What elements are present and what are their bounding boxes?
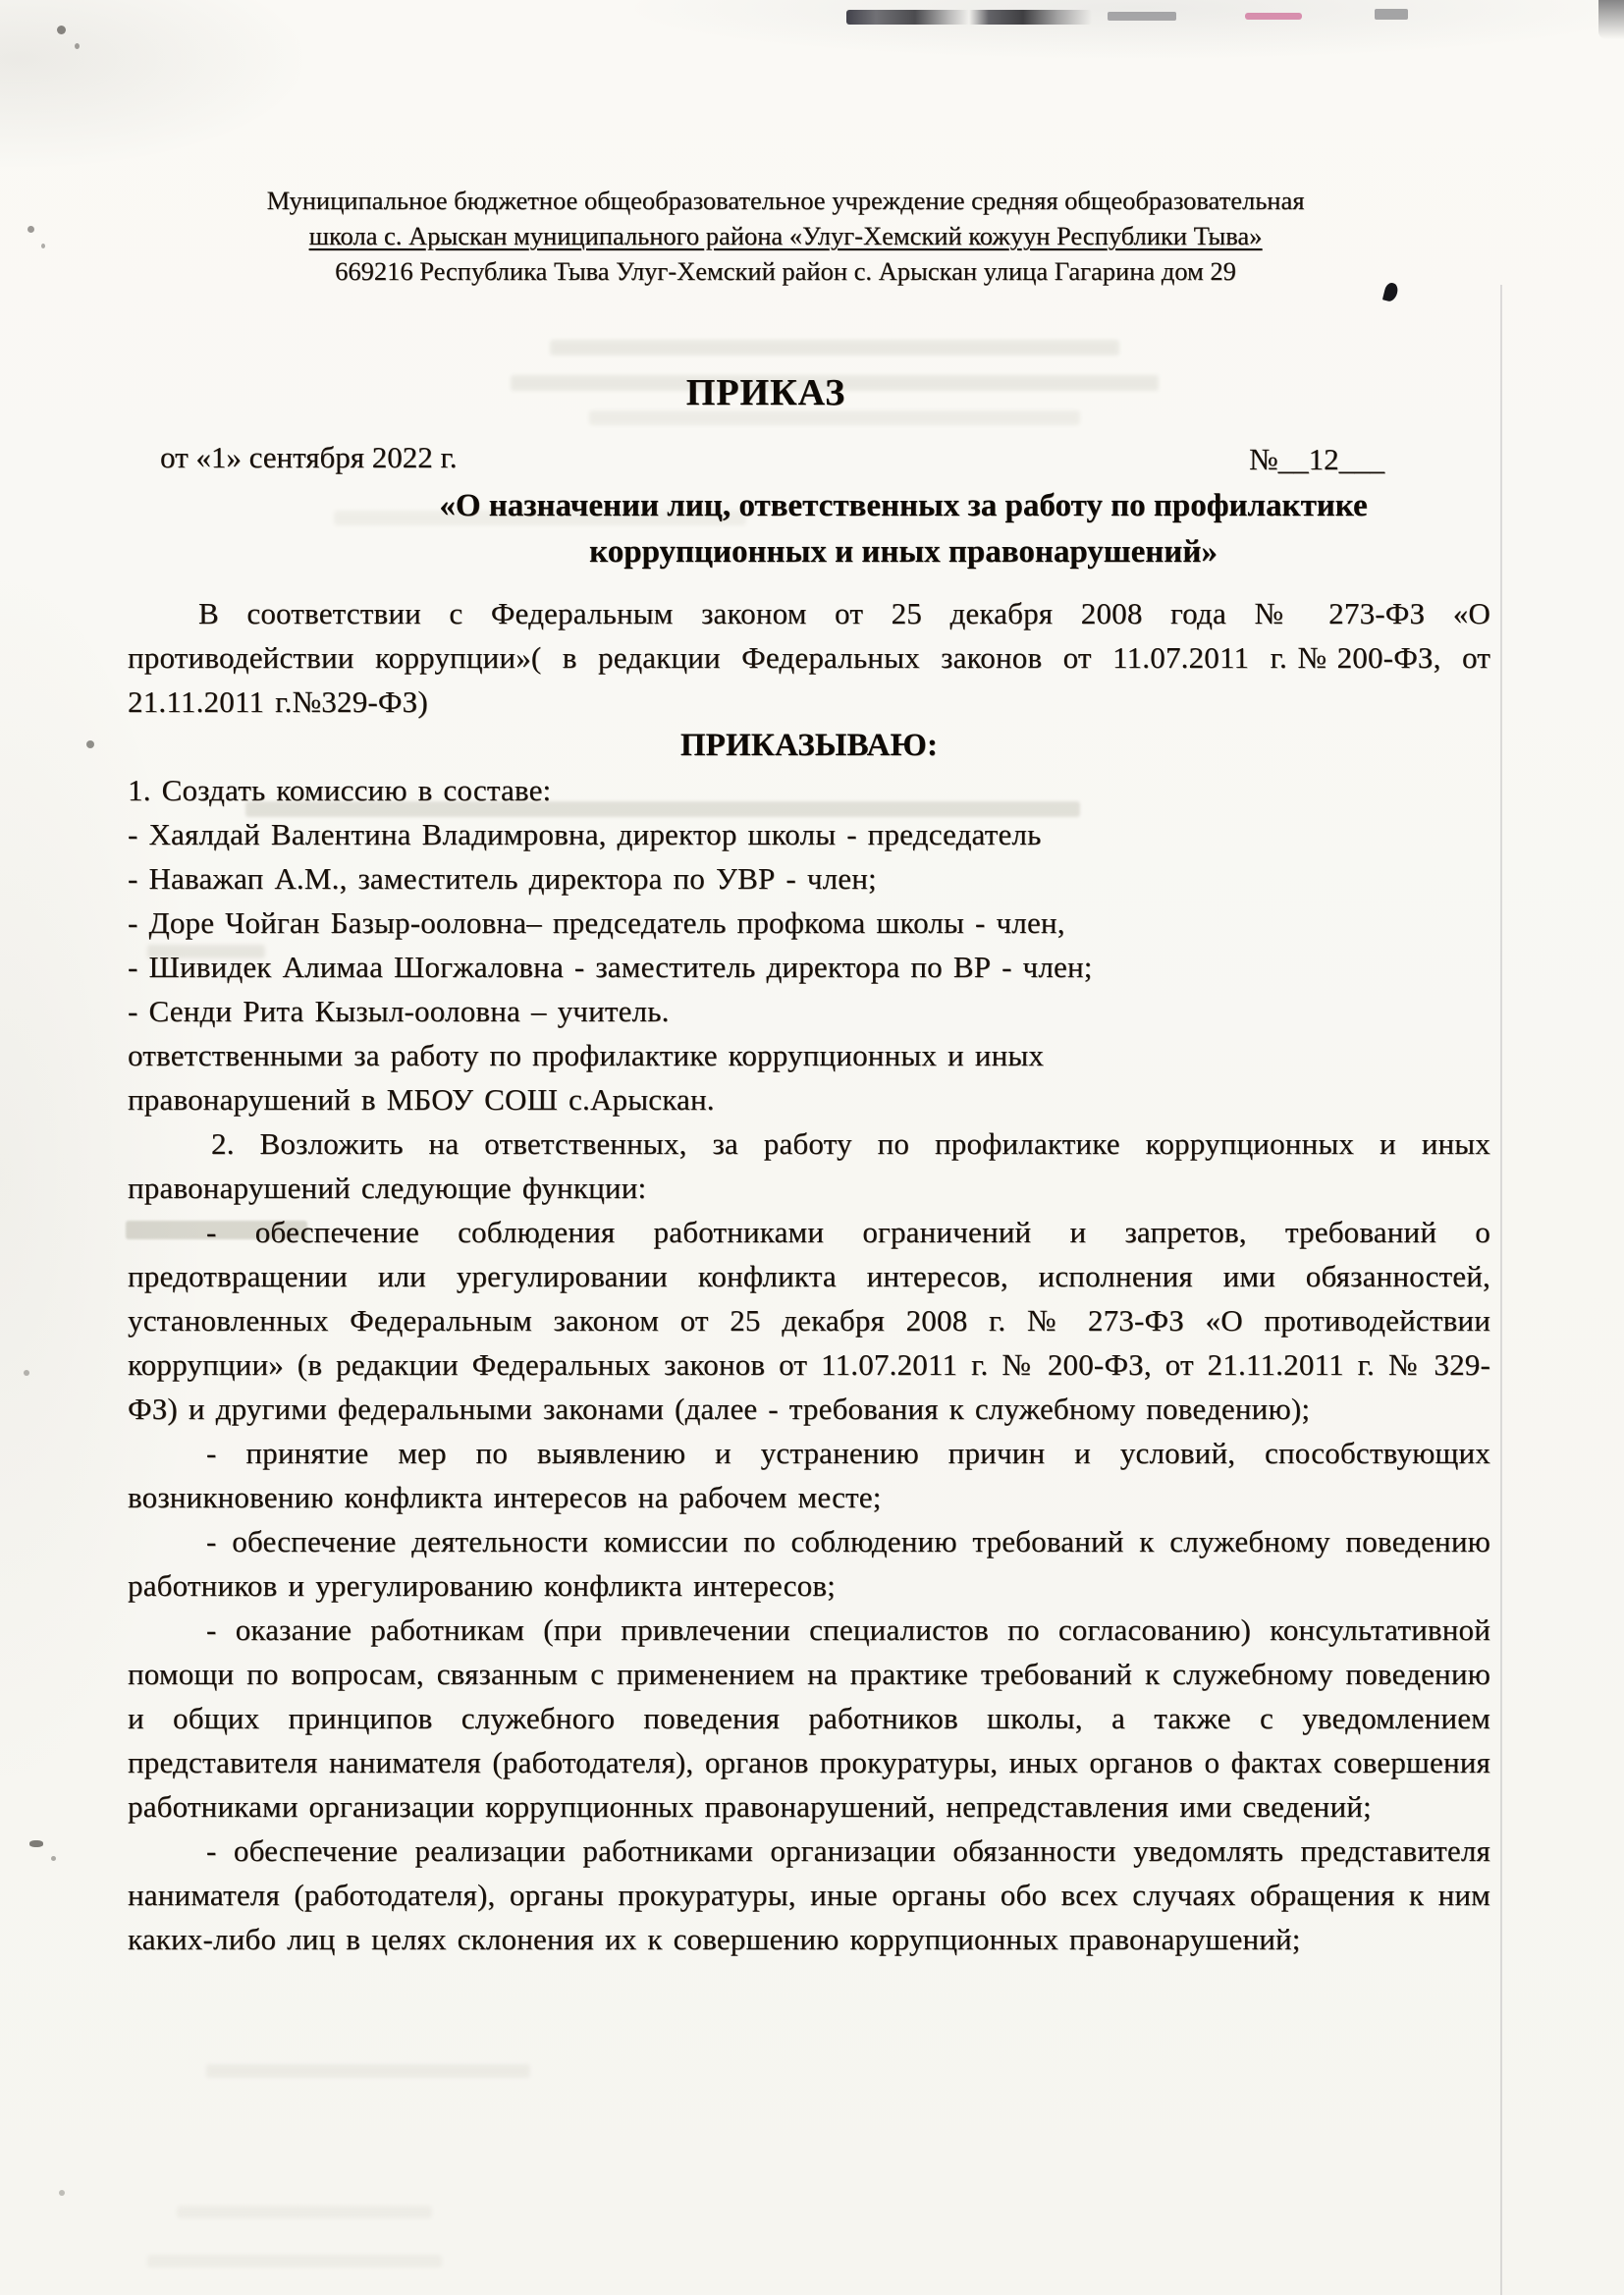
order-subject: «О назначении лиц, ответственных за рабо… <box>231 483 1576 575</box>
item1-heading: 1. Создать комиссию в составе: <box>128 768 1490 812</box>
document-letterhead: Муниципальное бюджетное общеобразователь… <box>133 183 1438 289</box>
item1-tail-line: правонарушений в МБОУ СОШ с.Арыскан. <box>128 1077 1490 1121</box>
scan-speck <box>57 26 66 34</box>
scan-speck <box>51 1856 56 1861</box>
item2-heading: 2. Возложить на ответственных, за работу… <box>128 1121 1490 1210</box>
order-subject-line-1: «О назначении лиц, ответственных за рабо… <box>231 483 1576 529</box>
scan-smudge-mark <box>1375 9 1408 20</box>
bleed-through-text <box>550 340 1119 355</box>
function-paragraph: - оказание работникам (при привлечении с… <box>128 1608 1490 1829</box>
letterhead-line-1: Муниципальное бюджетное общеобразователь… <box>133 183 1438 218</box>
letterhead-line-3: 669216 Республика Тыва Улуг-Хемский райо… <box>133 253 1438 289</box>
order-title: ПРИКАЗ <box>0 371 1532 414</box>
bleed-through-text <box>206 2064 530 2078</box>
scan-speck <box>27 226 34 233</box>
letterhead-line-2: школа с. Арыскан муниципального района «… <box>133 218 1438 253</box>
scan-smudge-pink-mark <box>1245 13 1302 20</box>
scan-speck <box>29 1840 43 1847</box>
function-paragraph: - принятие мер по выявлению и устранению… <box>128 1431 1490 1519</box>
decree-word: ПРИКАЗЫВАЮ: <box>128 724 1490 768</box>
scan-edge-shadow <box>1598 0 1624 39</box>
commission-member: - Шивидек Алимаа Шогжаловна - заместител… <box>128 945 1490 989</box>
scan-speck <box>59 2190 65 2196</box>
scan-speck <box>75 43 80 49</box>
order-body: В соответствии с Федеральным законом от … <box>128 591 1490 1961</box>
commission-member: - Сенди Рита Кызыл-ооловна – учитель. <box>128 989 1490 1033</box>
scan-speck <box>24 1370 29 1376</box>
intro-paragraph: В соответствии с Федеральным законом от … <box>128 591 1490 724</box>
scan-speck <box>41 244 45 248</box>
function-paragraph: - обеспечение реализации работниками орг… <box>128 1829 1490 1961</box>
commission-member: - Наважап А.М., заместитель директора по… <box>128 856 1490 901</box>
commission-member: - Доре Чойган Базыр-ооловна– председател… <box>128 901 1490 945</box>
bleed-through-text <box>147 2255 442 2268</box>
order-number: №__12___ <box>1249 442 1384 477</box>
item1-tail-line: ответственными за работу по профилактике… <box>128 1033 1490 1077</box>
scan-smudge-mark <box>1108 12 1176 21</box>
scan-fold-line <box>1500 285 1502 2295</box>
commission-member: - Хаялдай Валентина Владимровна, директо… <box>128 812 1490 856</box>
commission-member-list: - Хаялдай Валентина Владимровна, директо… <box>128 812 1490 1033</box>
scanned-document-page: Муниципальное бюджетное общеобразователь… <box>0 0 1624 2295</box>
function-paragraph: - обеспечение деятельности комиссии по с… <box>128 1519 1490 1608</box>
bleed-through-text <box>177 2206 432 2218</box>
scan-speck <box>86 740 94 748</box>
scan-smudge-band <box>846 10 1092 25</box>
order-subject-line-2: коррупционных и иных правонарушений» <box>231 529 1576 575</box>
function-paragraph: - обеспечение соблюдения работниками огр… <box>128 1210 1490 1431</box>
order-date: от «1» сентября 2022 г. <box>160 440 458 475</box>
